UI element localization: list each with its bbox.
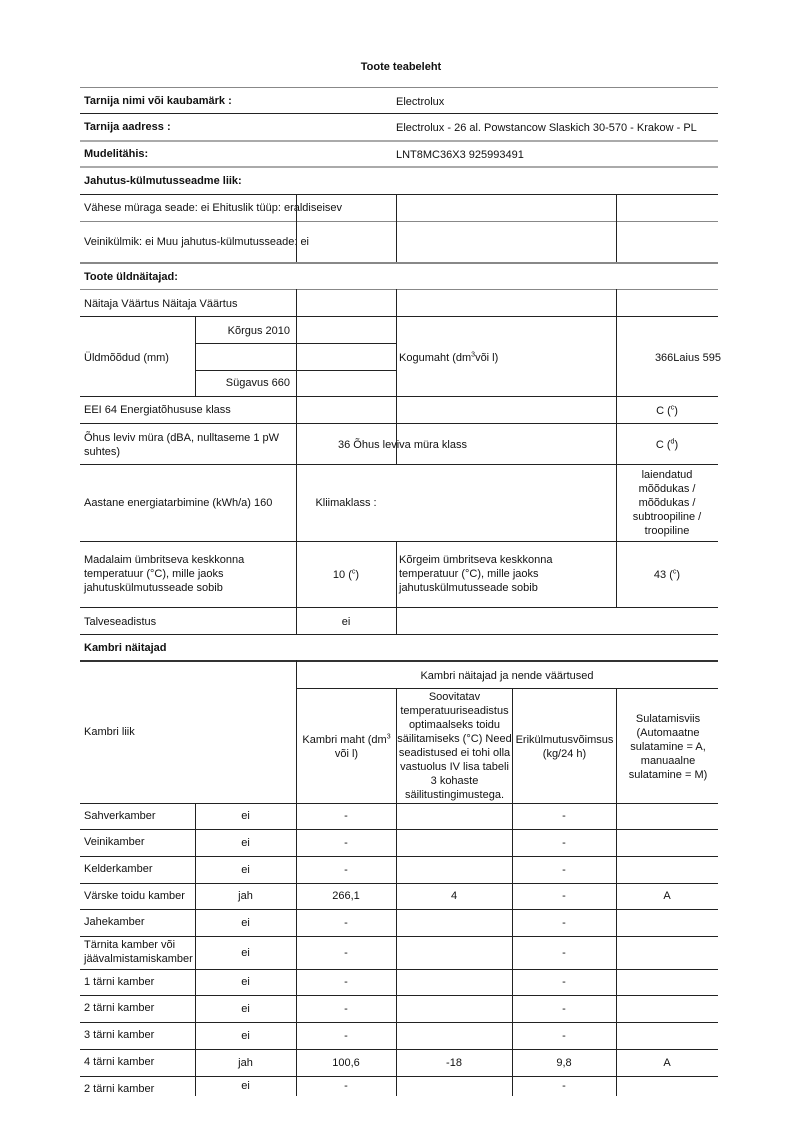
noise-value: 36 Õhus leviva müra klass <box>338 438 467 452</box>
divider <box>80 969 718 970</box>
compartment-name: Kelderkamber <box>84 862 196 876</box>
eei-label: EEI 64 Energiatõhususe klass <box>84 403 231 417</box>
divider <box>80 262 718 264</box>
compartment-freezing: - <box>512 946 616 960</box>
compartment-present: jah <box>195 1056 296 1070</box>
divider <box>80 87 718 88</box>
max-temp-value: 43 (c) <box>616 568 718 582</box>
compartment-present: ei <box>195 809 296 823</box>
compartment-freezing: - <box>512 809 616 823</box>
compartment-freezing: - <box>512 975 616 989</box>
appliance-type-heading: Jahutus-külmutusseadme liik: <box>84 174 242 188</box>
height-value: Kõrgus 2010 <box>196 324 290 338</box>
compartment-name: 3 tärni kamber <box>84 1028 196 1042</box>
total-volume-label: Kogumaht (dm3või l) <box>399 351 498 365</box>
winter-label: Talveseadistus <box>84 615 156 629</box>
noise-label: Õhus leviv müra (dBA, nulltaseme 1 pW su… <box>84 431 294 459</box>
compartment-temp: 4 <box>396 889 512 903</box>
compartment-present: ei <box>195 1002 296 1016</box>
divider <box>80 140 718 142</box>
divider <box>80 936 718 937</box>
col-divider <box>616 541 617 607</box>
divider <box>80 166 718 168</box>
divider <box>80 803 718 804</box>
annual-energy-label: Aastane energiatarbimine (kWh/a) 160 <box>84 496 272 510</box>
winter-value: ei <box>296 615 396 629</box>
col-divider <box>396 289 397 465</box>
col-divider <box>296 289 297 634</box>
energy-class-value: C (c) <box>616 404 718 418</box>
compartment-present: ei <box>195 975 296 989</box>
compartment-name: Värske toidu kamber <box>84 889 196 903</box>
compartment-volume: - <box>296 916 396 930</box>
col-temp-header: Soovitatav temperatuuriseadistus optimaa… <box>397 690 512 802</box>
compartment-present: ei <box>195 1079 296 1093</box>
noise-class-value: C (d) <box>616 438 718 452</box>
compartment-name: Veinikamber <box>84 835 196 849</box>
depth-value: Sügavus 660 <box>196 376 290 390</box>
divider <box>80 883 718 884</box>
compartment-volume: - <box>296 946 396 960</box>
divider <box>80 396 718 397</box>
divider <box>80 423 718 424</box>
compartment-defrost: A <box>616 1056 718 1070</box>
compartment-present: ei <box>195 863 296 877</box>
compartment-volume: - <box>296 809 396 823</box>
compartment-volume: - <box>296 863 396 877</box>
compartment-freezing: - <box>512 1002 616 1016</box>
col-divider <box>296 660 297 1096</box>
compartment-present: ei <box>195 836 296 850</box>
col-divider <box>616 194 617 262</box>
col-divider <box>195 316 196 396</box>
compartment-freezing: - <box>512 889 616 903</box>
col-type-header: Kambri liik <box>84 725 135 739</box>
divider <box>80 829 718 830</box>
col-defrost-header: Sulatamisviis (Automaatne sulatamine = A… <box>618 712 718 782</box>
compartment-volume: - <box>296 1029 396 1043</box>
col-freezing-header: Erikülmutusvõimsus (kg/24 h) <box>513 733 616 761</box>
divider <box>80 221 718 222</box>
col-divider <box>616 289 617 541</box>
compartment-name: 2 tärni kamber <box>84 1082 196 1096</box>
model-label: Mudelitähis: <box>84 147 148 161</box>
general-header-row: Näitaja Väärtus Näitaja Väärtus <box>84 297 237 311</box>
divider <box>80 660 718 662</box>
divider <box>80 1022 718 1023</box>
compartment-present: ei <box>195 946 296 960</box>
compartment-defrost: A <box>616 889 718 903</box>
divider <box>80 113 718 114</box>
appliance-type-row2: Veinikülmik: ei Muu jahutus-külmutussead… <box>84 235 309 249</box>
general-heading: Toote üldnäitajad: <box>84 270 178 284</box>
divider <box>80 464 718 465</box>
col-divider <box>512 688 513 1096</box>
compartment-name: 1 tärni kamber <box>84 975 196 989</box>
min-temp-label: Madalaim ümbritseva keskkonna temperatuu… <box>84 553 289 595</box>
compartment-volume: 100,6 <box>296 1056 396 1070</box>
compartment-freezing: - <box>512 1029 616 1043</box>
supplier-address-value: Electrolux - 26 al. Powstancow Slaskich … <box>396 121 697 135</box>
compartment-present: jah <box>195 889 296 903</box>
max-temp-label: Kõrgeim ümbritseva keskkonna temperatuur… <box>399 553 604 595</box>
compartment-present: ei <box>195 916 296 930</box>
compartment-volume: - <box>296 1002 396 1016</box>
supplier-name-label: Tarnija nimi või kaubamärk : <box>84 94 232 108</box>
page-title: Toote teabeleht <box>0 60 802 74</box>
total-volume-width-value: 366Laius 595 <box>620 351 721 365</box>
model-value: LNT8MC36X3 925993491 <box>396 148 524 162</box>
divider <box>80 1049 718 1050</box>
divider <box>296 688 718 689</box>
col-divider <box>396 194 397 262</box>
divider <box>80 607 718 608</box>
compartment-freezing: - <box>512 1079 616 1093</box>
compartments-heading: Kambri näitajad <box>84 641 167 655</box>
divider <box>80 289 718 290</box>
compartment-name: Jahekamber <box>84 915 196 929</box>
col-divider <box>195 803 196 1096</box>
divider <box>80 1076 718 1077</box>
climate-label: Kliimaklass : <box>296 496 396 510</box>
compartment-volume: - <box>296 1079 396 1093</box>
col-volume-header: Kambri maht (dm3 või l) <box>297 733 396 761</box>
climate-value: laiendatud mõõdukas / mõõdukas / subtroo… <box>620 468 714 538</box>
compartment-name: Sahverkamber <box>84 809 196 823</box>
compartment-freezing: - <box>512 916 616 930</box>
compartment-volume: - <box>296 836 396 850</box>
divider <box>80 541 718 542</box>
compartment-present: ei <box>195 1029 296 1043</box>
divider <box>80 634 718 635</box>
compartment-name: 4 tärni kamber <box>84 1055 196 1069</box>
compartment-volume: - <box>296 975 396 989</box>
divider <box>80 316 718 317</box>
divider <box>80 194 718 195</box>
min-temp-value: 10 (c) <box>296 568 396 582</box>
col-divider <box>396 541 397 634</box>
divider <box>80 909 718 910</box>
compartment-freezing: - <box>512 863 616 877</box>
compartment-freezing: - <box>512 836 616 850</box>
compartment-name: 2 tärni kamber <box>84 1001 196 1015</box>
compartment-name: Tärnita kamber või jäävalmistamiskamber <box>84 938 196 966</box>
dimensions-label: Üldmõõdud (mm) <box>84 351 169 365</box>
divider <box>80 856 718 857</box>
appliance-type-row1: Vähese müraga seade: ei Ehituslik tüüp: … <box>84 201 342 215</box>
compartment-temp: -18 <box>396 1056 512 1070</box>
divider <box>80 995 718 996</box>
compartment-volume: 266,1 <box>296 889 396 903</box>
compartment-freezing: 9,8 <box>512 1056 616 1070</box>
col-divider <box>296 194 297 262</box>
col-divider <box>616 688 617 1096</box>
col-divider <box>396 688 397 1096</box>
group-header: Kambri näitajad ja nende väärtused <box>296 669 718 683</box>
supplier-address-label: Tarnija aadress : <box>84 120 171 134</box>
supplier-name-value: Electrolux <box>396 95 444 109</box>
